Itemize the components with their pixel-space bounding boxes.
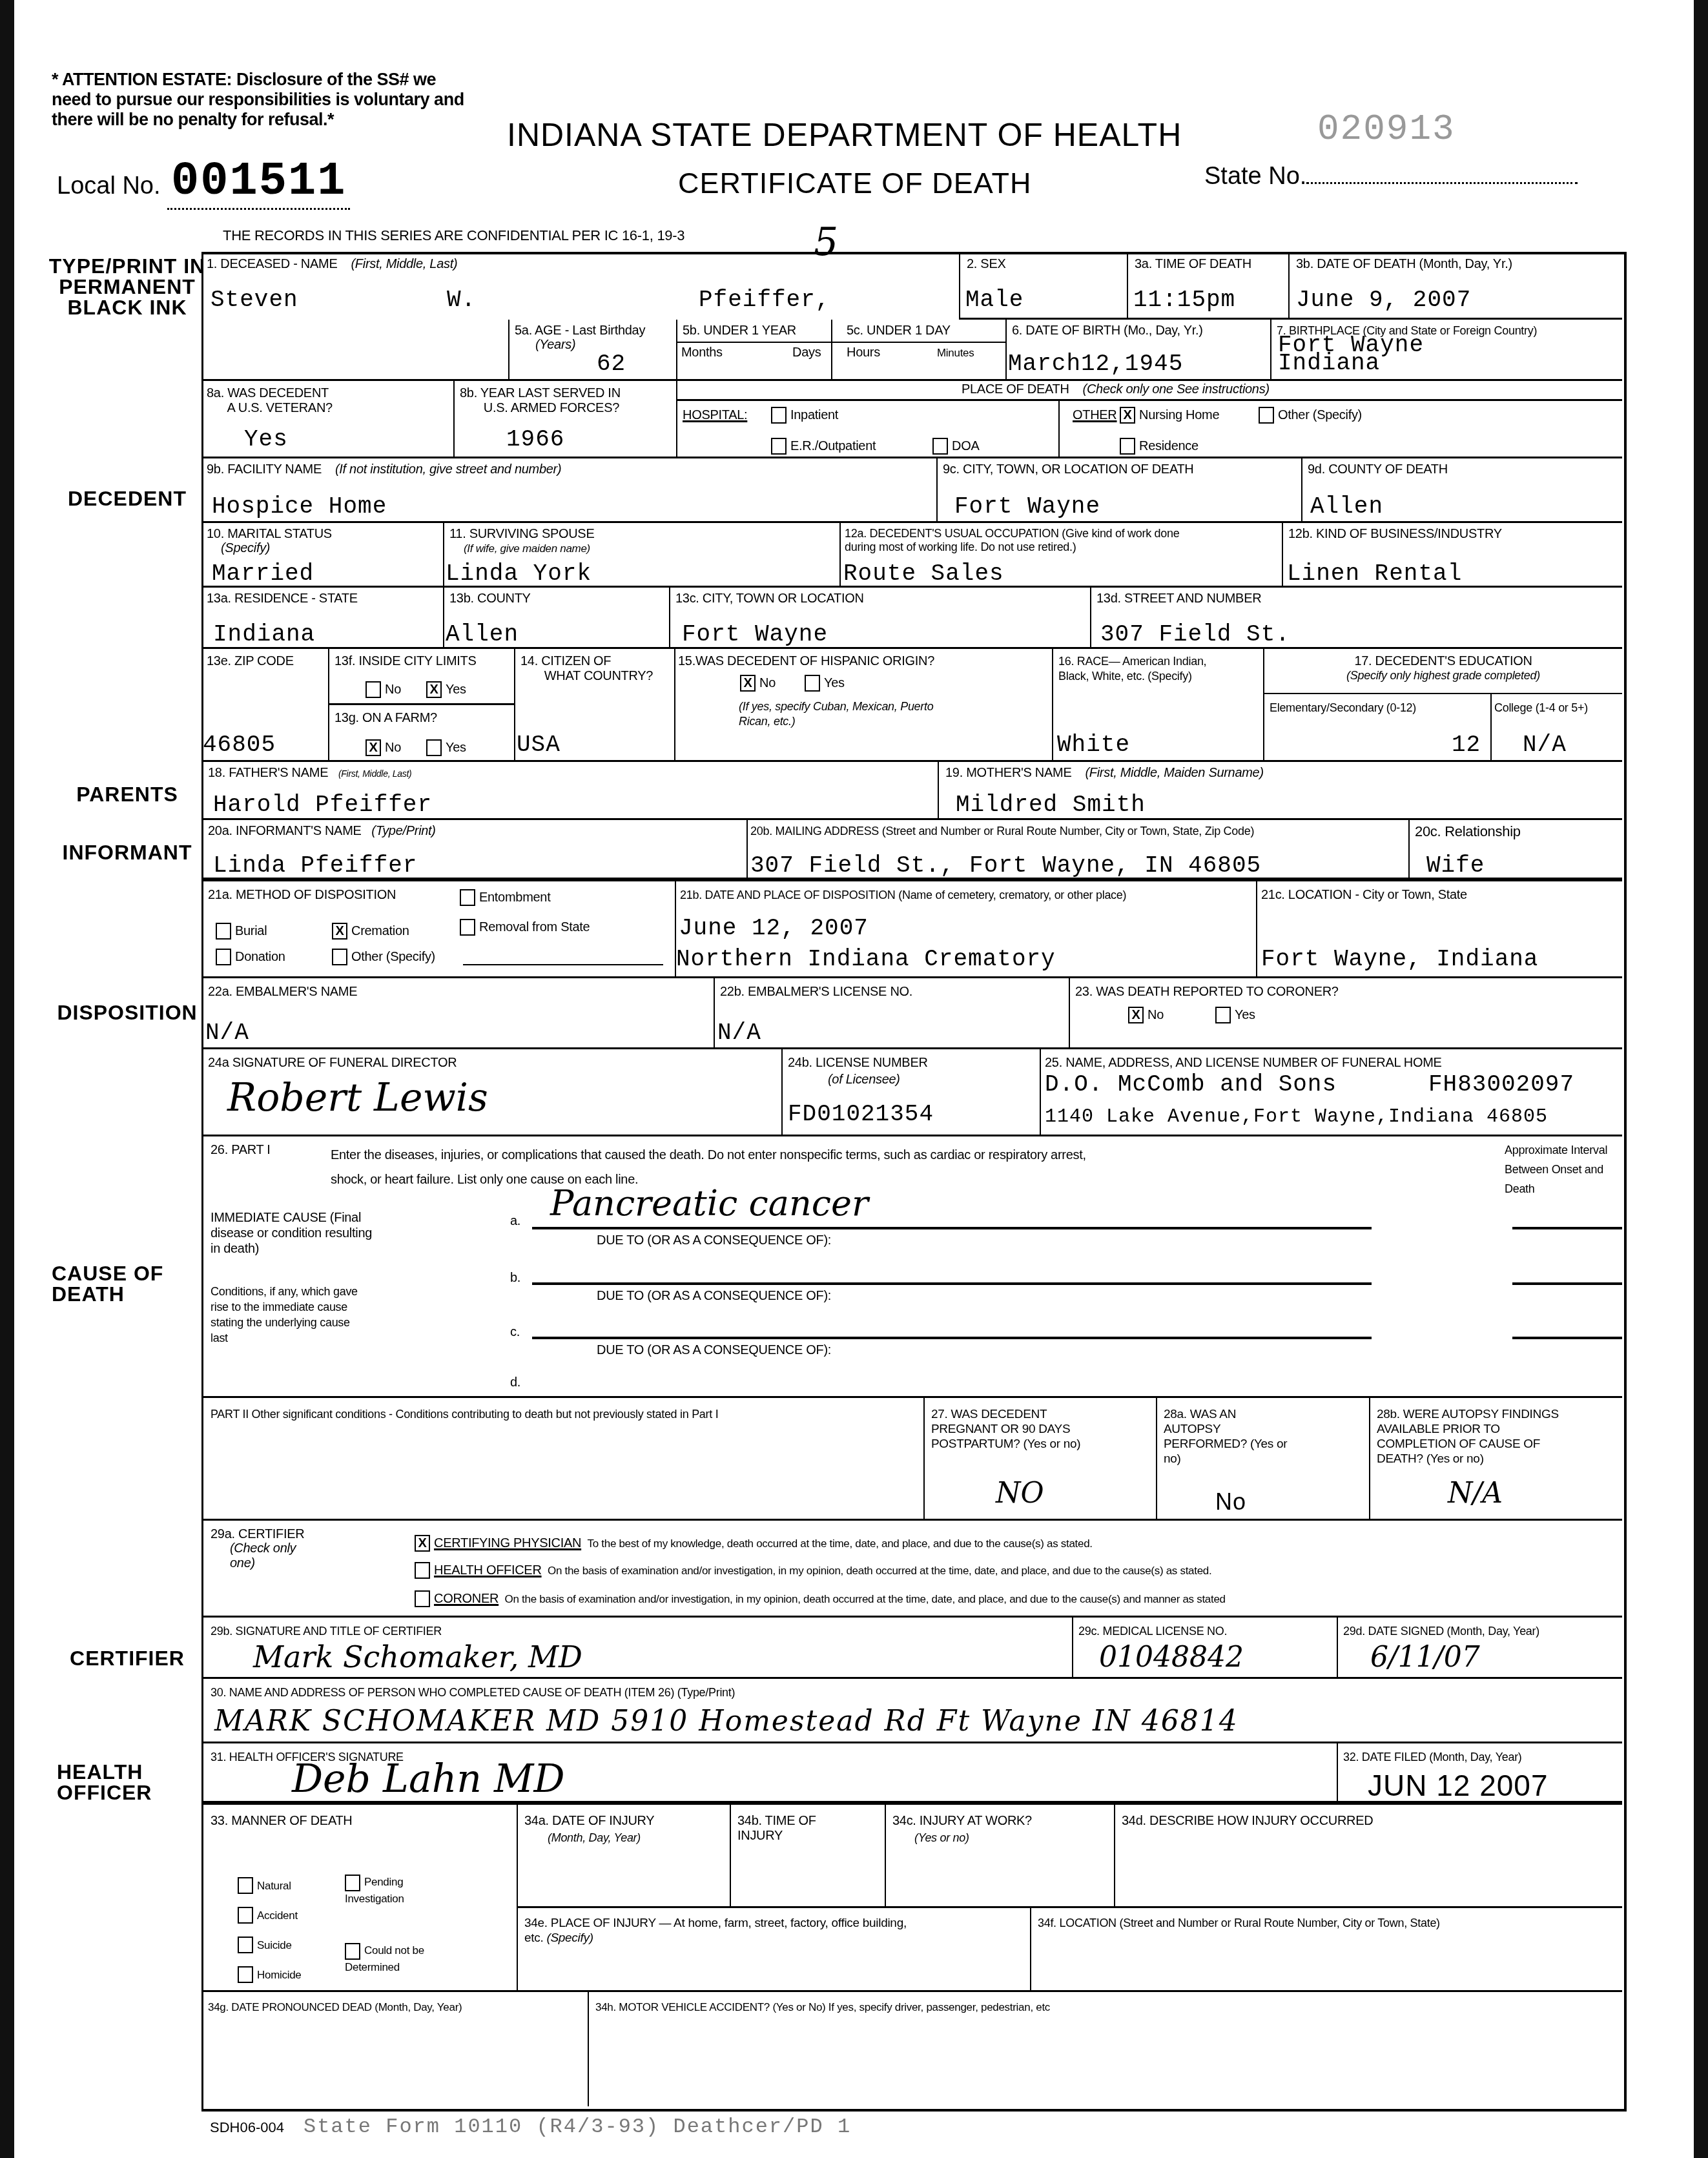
funeral-home-value[interactable]: D.O. McComb and Sons bbox=[1045, 1071, 1337, 1098]
field-disposition-location: 21c. LOCATION - City or Town, State Fort… bbox=[1257, 881, 1622, 978]
homicide-label: Homicide bbox=[257, 1969, 301, 1981]
farm-yes-checkbox[interactable] bbox=[426, 739, 442, 756]
informant-value[interactable]: Linda Pfeiffer bbox=[213, 852, 417, 879]
days-label: Days bbox=[792, 345, 821, 360]
line-b-label: b. bbox=[510, 1271, 520, 1286]
coroner-type-label: CORONER bbox=[434, 1592, 499, 1606]
pending-checkbox[interactable] bbox=[345, 1875, 360, 1891]
field-embalmer-license: 22b. EMBALMER'S LICENSE NO. N/A bbox=[715, 978, 1070, 1049]
option-other[interactable]: Other (Specify) bbox=[1259, 407, 1362, 424]
street-value[interactable]: 307 Field St. bbox=[1100, 621, 1290, 648]
license-hint: (of Licensee) bbox=[828, 1073, 900, 1087]
completer-label: 30. NAME AND ADDRESS OF PERSON WHO COMPL… bbox=[211, 1685, 735, 1700]
label: 1. DECEASED - NAME (First, Middle, Last) bbox=[207, 257, 457, 272]
interval-line-a[interactable] bbox=[1512, 1227, 1622, 1229]
cause-line-a[interactable] bbox=[532, 1227, 1372, 1229]
hispanic-no-checkbox[interactable]: X bbox=[740, 675, 756, 692]
form-code: SDH06-004 bbox=[210, 2119, 284, 2135]
spouse-hint: (If wife, give maiden name) bbox=[464, 541, 590, 556]
field-funeral-home: 25. NAME, ADDRESS, AND LICENSE NUMBER OF… bbox=[1041, 1049, 1622, 1136]
divider bbox=[1264, 693, 1622, 694]
field-date-signed: 29d. DATE SIGNED (Month, Day, Year) 6/11… bbox=[1338, 1618, 1622, 1679]
er-outpatient-label: E.R./Outpatient bbox=[790, 439, 876, 453]
veteran-label: 8a. WAS DECEDENT A U.S. VETERAN? bbox=[207, 386, 333, 416]
option-pending[interactable]: Pending Investigation bbox=[345, 1875, 455, 1906]
pregnant-value[interactable]: NO bbox=[996, 1477, 1044, 1510]
address-value[interactable]: 307 Field St., Fort Wayne, IN 46805 bbox=[750, 852, 1261, 879]
field-street: 13d. STREET AND NUMBER 307 Field St. bbox=[1091, 588, 1622, 649]
suicide-checkbox[interactable] bbox=[238, 1937, 253, 1953]
name-hint: (First, Middle, Last) bbox=[351, 257, 457, 271]
months-label: Months bbox=[681, 345, 723, 360]
race-label: 16. RACE— American Indian, Black, White,… bbox=[1058, 654, 1239, 684]
health-officer-checkbox[interactable] bbox=[415, 1562, 430, 1579]
option-burial[interactable]: Burial bbox=[216, 923, 267, 940]
certificate-title: CERTIFICATE OF DEATH bbox=[678, 167, 1032, 200]
entombment-checkbox[interactable] bbox=[460, 889, 475, 906]
divider bbox=[677, 399, 1622, 401]
date-signed-label: 29d. DATE SIGNED (Month, Day, Year) bbox=[1343, 1624, 1539, 1639]
embalmer-value[interactable]: N/A bbox=[205, 1020, 249, 1046]
confidential-notice: THE RECORDS IN THIS SERIES ARE CONFIDENT… bbox=[223, 227, 684, 244]
option-residence[interactable]: Residence bbox=[1120, 438, 1199, 455]
dob-label: 6. DATE OF BIRTH (Mo., Day, Yr.) bbox=[1012, 324, 1203, 338]
coroner-yes-checkbox[interactable] bbox=[1215, 1007, 1231, 1023]
field-date-of-death: 3b. DATE OF DEATH (Month, Day, Yr.) June… bbox=[1290, 252, 1622, 320]
natural-label: Natural bbox=[257, 1880, 291, 1892]
injury-work-label: 34c. INJURY AT WORK? bbox=[892, 1814, 1032, 1829]
side-label-type-print: TYPE/PRINT IN PERMANENT BLACK INK bbox=[40, 256, 214, 318]
other-label: OTHER bbox=[1073, 408, 1117, 423]
res-state-label: 13a. RESIDENCE - STATE bbox=[207, 591, 358, 606]
motor-label: 34h. MOTOR VEHICLE ACCIDENT? (Yes or No)… bbox=[595, 2000, 1050, 2015]
spouse-value[interactable]: Linda York bbox=[446, 560, 592, 587]
residence-checkbox[interactable] bbox=[1120, 438, 1135, 455]
under1y-label: 5b. UNDER 1 YEAR bbox=[683, 324, 796, 338]
date-value[interactable]: June 9, 2007 bbox=[1296, 287, 1471, 313]
field-time-of-death: 3a. TIME OF DEATH 11:15pm bbox=[1128, 252, 1290, 320]
natural-checkbox[interactable] bbox=[238, 1877, 253, 1894]
facility-header: 9b. FACILITY NAME (If not institution, g… bbox=[207, 462, 561, 477]
date-filed-value[interactable]: JUN 12 2007 bbox=[1368, 1768, 1549, 1803]
med-license-value[interactable]: 01048842 bbox=[1099, 1641, 1244, 1674]
inpatient-checkbox[interactable] bbox=[771, 407, 787, 424]
option-er-outpatient[interactable]: E.R./Outpatient bbox=[771, 438, 876, 455]
certifier-signature[interactable]: Mark Schomaker, MD bbox=[253, 1639, 582, 1674]
field-certifier-type: 29a. CERTIFIER (Check only one) XCERTIFY… bbox=[201, 1521, 1622, 1618]
minutes-label: Minutes bbox=[937, 345, 974, 360]
funeral-home-license-value[interactable]: FH83002097 bbox=[1428, 1071, 1574, 1098]
field-sex: 2. SEX Male bbox=[960, 252, 1128, 320]
field-method-of-disposition: 21a. METHOD OF DISPOSITION Entombment Bu… bbox=[201, 881, 676, 978]
location-value[interactable]: Fort Wayne, Indiana bbox=[1261, 946, 1538, 972]
field-place-of-injury: 34e. PLACE OF INJURY — At home, farm, st… bbox=[518, 1908, 1031, 1992]
field-place-of-death: PLACE OF DEATH (Check only one See instr… bbox=[677, 381, 1622, 458]
date-filed-label: 32. DATE FILED (Month, Day, Year) bbox=[1343, 1750, 1522, 1765]
spouse-label: 11. SURVIVING SPOUSE bbox=[449, 527, 594, 542]
city-limits-yes-checkbox[interactable]: X bbox=[426, 681, 442, 698]
interval-line-c[interactable] bbox=[1512, 1337, 1622, 1339]
option-cremation[interactable]: XCremation bbox=[332, 923, 409, 940]
county-death-value[interactable]: Allen bbox=[1310, 493, 1383, 520]
facility-value[interactable]: Hospice Home bbox=[212, 493, 387, 520]
city-death-value[interactable]: Fort Wayne bbox=[954, 493, 1100, 520]
date-place-label: 21b. DATE AND PLACE OF DISPOSITION (Name… bbox=[680, 888, 1209, 903]
option-coroner[interactable]: CORONER On the basis of examination and/… bbox=[415, 1590, 1226, 1607]
funeral-home-label: 25. NAME, ADDRESS, AND LICENSE NUMBER OF… bbox=[1045, 1056, 1442, 1071]
date-signed-value[interactable]: 6/11/07 bbox=[1370, 1641, 1480, 1674]
hispanic-yes[interactable]: Yes bbox=[805, 675, 845, 692]
doa-checkbox[interactable] bbox=[932, 438, 948, 455]
other-checkbox[interactable] bbox=[1259, 407, 1274, 424]
business-value[interactable]: Linen Rental bbox=[1287, 560, 1462, 587]
city-limits-yes[interactable]: XYes bbox=[426, 681, 466, 698]
place-hint: (Check only one See instructions) bbox=[1083, 382, 1270, 396]
field-manner-of-death: 33. MANNER OF DEATH Natural Accident Sui… bbox=[201, 1805, 518, 1992]
line-d-label: d. bbox=[510, 1375, 520, 1390]
business-label: 12b. KIND OF BUSINESS/INDUSTRY bbox=[1288, 527, 1502, 542]
divider bbox=[1058, 400, 1060, 458]
res-county-label: 13b. COUNTY bbox=[449, 591, 531, 606]
due-to-a: DUE TO (OR AS A CONSEQUENCE OF): bbox=[597, 1233, 831, 1248]
other-specify-label: Other (Specify) bbox=[1278, 408, 1362, 422]
city-limits-label: 13f. INSIDE CITY LIMITS bbox=[334, 654, 476, 669]
last-name-value[interactable]: Pfeiffer, bbox=[699, 287, 830, 313]
father-value[interactable]: Harold Pfeiffer bbox=[213, 792, 432, 818]
scan-edge-left bbox=[0, 0, 14, 2158]
embalmer-license-label: 22b. EMBALMER'S LICENSE NO. bbox=[720, 985, 912, 1000]
option-donation[interactable]: Donation bbox=[216, 949, 285, 965]
father-label: 18. FATHER'S NAME bbox=[208, 766, 328, 780]
cremation-label: Cremation bbox=[351, 924, 409, 938]
donation-checkbox[interactable] bbox=[216, 949, 231, 965]
nursing-home-label: Nursing Home bbox=[1139, 408, 1219, 422]
method-label: 21a. METHOD OF DISPOSITION bbox=[208, 888, 396, 903]
first-name-value[interactable]: Steven bbox=[211, 287, 298, 313]
mother-hint: (First, Middle, Maiden Surname) bbox=[1085, 766, 1263, 780]
side-label-informant: INFORMANT bbox=[40, 842, 214, 863]
farm-no[interactable]: XNo bbox=[365, 739, 401, 756]
side-label-disposition: DISPOSITION bbox=[40, 1002, 214, 1023]
burial-checkbox[interactable] bbox=[216, 923, 231, 940]
field-funeral-director-signature: 24a SIGNATURE OF FUNERAL DIRECTOR Robert… bbox=[201, 1049, 783, 1136]
part2-label: PART II Other significant conditions - C… bbox=[211, 1407, 718, 1422]
undetermined-checkbox[interactable] bbox=[345, 1943, 360, 1960]
informant-hint: (Type/Print) bbox=[371, 824, 435, 838]
year-served-label: 8b. YEAR LAST SERVED IN U.S. ARMED FORCE… bbox=[460, 386, 621, 416]
findings-value[interactable]: N/A bbox=[1448, 1477, 1503, 1510]
no-label: No bbox=[385, 741, 401, 755]
embalmer-label: 22a. EMBALMER'S NAME bbox=[208, 985, 357, 1000]
injury-work-hint: (Yes or no) bbox=[914, 1831, 969, 1845]
completer-value[interactable]: MARK SCHOMAKER MD 5910 Homestead Rd Ft W… bbox=[214, 1705, 1239, 1738]
field-date-filed: 32. DATE FILED (Month, Day, Year) JUN 12… bbox=[1338, 1743, 1622, 1805]
county-death-label: 9d. COUNTY OF DEATH bbox=[1308, 462, 1448, 477]
option-certifying-physician[interactable]: XCERTIFYING PHYSICIAN To the best of my … bbox=[415, 1535, 1093, 1552]
donation-label: Donation bbox=[235, 950, 285, 964]
accident-label: Accident bbox=[257, 1909, 298, 1922]
option-other-disposition[interactable]: Other (Specify) bbox=[332, 949, 435, 965]
director-sig-label: 24a SIGNATURE OF FUNERAL DIRECTOR bbox=[208, 1056, 457, 1071]
side-label-cause-of-death: CAUSE OF DEATH bbox=[52, 1263, 181, 1304]
department-title: INDIANA STATE DEPARTMENT OF HEALTH bbox=[507, 116, 1182, 154]
option-nursing-home[interactable]: XNursing Home bbox=[1120, 407, 1219, 424]
state-number-blank bbox=[1306, 165, 1578, 184]
field-time-of-injury: 34b. TIME OF INJURY bbox=[731, 1805, 886, 1908]
cause-line-c[interactable] bbox=[532, 1337, 1372, 1339]
option-suicide[interactable]: Suicide bbox=[238, 1937, 292, 1953]
coroner-text: On the basis of examination and/or inves… bbox=[505, 1593, 1226, 1605]
suicide-label: Suicide bbox=[257, 1939, 292, 1951]
street-label: 13d. STREET AND NUMBER bbox=[1096, 591, 1261, 606]
accident-checkbox[interactable] bbox=[238, 1907, 253, 1924]
field-part2: PART II Other significant conditions - C… bbox=[201, 1398, 925, 1521]
field-zip: 13e. ZIP CODE 46805 bbox=[201, 649, 329, 762]
interval-label: Approximate Interval Between Onset and D… bbox=[1505, 1140, 1608, 1198]
sex-label: 2. SEX bbox=[967, 257, 1005, 272]
cause-a-value[interactable]: Pancreatic cancer bbox=[550, 1183, 869, 1224]
burial-label: Burial bbox=[235, 924, 267, 938]
year-served-value[interactable]: 1966 bbox=[506, 426, 564, 453]
field-medical-license: 29c. MEDICAL LICENSE NO. 01048842 bbox=[1073, 1618, 1338, 1679]
res-city-label: 13c. CITY, TOWN OR LOCATION bbox=[675, 591, 864, 606]
option-entombment[interactable]: Entombment bbox=[460, 889, 550, 906]
autopsy-value[interactable]: No bbox=[1215, 1488, 1246, 1516]
injury-location-label: 34f. LOCATION (Street and Number or Rura… bbox=[1038, 1916, 1440, 1931]
elementary-label: Elementary/Secondary (0-12) bbox=[1270, 701, 1416, 715]
field-embalmer-name: 22a. EMBALMER'S NAME N/A bbox=[201, 978, 715, 1049]
er-outpatient-checkbox[interactable] bbox=[771, 438, 787, 455]
field-veteran: 8a. WAS DECEDENT A U.S. VETERAN? Yes bbox=[201, 381, 455, 458]
facility-hint: (If not institution, give street and num… bbox=[335, 462, 561, 477]
certifier-hint: (Check only one) bbox=[230, 1541, 301, 1571]
age-value[interactable]: 62 bbox=[597, 351, 626, 377]
line-c-label: c. bbox=[510, 1325, 520, 1340]
sex-value[interactable]: Male bbox=[965, 287, 1024, 313]
field-city-limits-farm: 13f. INSIDE CITY LIMITS No XYes 13g. ON … bbox=[329, 649, 515, 762]
name-label: 1. DECEASED - NAME bbox=[207, 257, 337, 271]
section-cause-part1: 26. PART I Enter the diseases, injuries,… bbox=[201, 1136, 1622, 1398]
funeral-home-address-value[interactable]: 1140 Lake Avenue,Fort Wayne,Indiana 4680… bbox=[1045, 1106, 1548, 1128]
relationship-label: 20c. Relationship bbox=[1415, 824, 1521, 839]
other-disposition-checkbox[interactable] bbox=[332, 949, 347, 965]
time-value[interactable]: 11:15pm bbox=[1133, 287, 1235, 313]
disposition-date-value[interactable]: June 12, 2007 bbox=[679, 915, 869, 941]
part1-label: 26. PART I bbox=[211, 1143, 271, 1158]
director-signature[interactable]: Robert Lewis bbox=[227, 1075, 488, 1120]
city-limits-no[interactable]: No bbox=[365, 681, 401, 698]
veteran-value[interactable]: Yes bbox=[244, 426, 288, 453]
field-birthplace: 7. BIRTHPLACE (City and State or Foreign… bbox=[1271, 320, 1622, 381]
father-header: 18. FATHER'S NAME (First, Middle, Last) bbox=[208, 766, 411, 781]
college-value[interactable]: N/A bbox=[1523, 732, 1567, 758]
option-natural[interactable]: Natural bbox=[238, 1877, 291, 1894]
pregnant-label: 27. WAS DECEDENT PREGNANT OR 90 DAYS POS… bbox=[931, 1407, 1099, 1452]
coroner-no-checkbox[interactable]: X bbox=[1128, 1007, 1144, 1023]
homicide-checkbox[interactable] bbox=[238, 1966, 253, 1983]
hispanic-hint: (If yes, specify Cuban, Mexican, Puerto … bbox=[739, 699, 945, 729]
health-officer-signature[interactable]: Deb Lahn MD bbox=[292, 1756, 565, 1802]
form-identifier: State Form 10110 (R4/3-93) Deathcer/PD 1 bbox=[304, 2115, 851, 2139]
field-health-officer-signature: 31. HEALTH OFFICER'S SIGNATURE Deb Lahn … bbox=[201, 1743, 1338, 1805]
option-accident[interactable]: Accident bbox=[238, 1907, 298, 1924]
field-motor-vehicle-accident: 34h. MOTOR VEHICLE ACCIDENT? (Yes or No)… bbox=[589, 1992, 1622, 2106]
farm-no-checkbox[interactable]: X bbox=[365, 739, 381, 756]
health-officer-text: On the basis of examination and/or inves… bbox=[548, 1565, 1211, 1577]
divider bbox=[1490, 693, 1492, 762]
cremation-checkbox[interactable]: X bbox=[332, 923, 347, 940]
citizen-value[interactable]: USA bbox=[517, 732, 561, 758]
mother-value[interactable]: Mildred Smith bbox=[956, 792, 1146, 818]
field-father-name: 18. FATHER'S NAME (First, Middle, Last) … bbox=[201, 762, 939, 820]
yes-label: Yes bbox=[446, 683, 466, 697]
facility-label: 9b. FACILITY NAME bbox=[207, 462, 322, 477]
field-occupation: 12a. DECEDENT'S USUAL OCCUPATION (Give k… bbox=[841, 523, 1283, 588]
manner-label: 33. MANNER OF DEATH bbox=[211, 1814, 353, 1829]
local-number-label: Local No. bbox=[57, 172, 161, 200]
entombment-label: Entombment bbox=[479, 890, 550, 905]
coroner-yes[interactable]: Yes bbox=[1215, 1007, 1255, 1023]
med-license-label: 29c. MEDICAL LICENSE NO. bbox=[1078, 1624, 1227, 1639]
field-residence-county: 13b. COUNTY Allen bbox=[444, 588, 670, 649]
field-mother-name: 19. MOTHER'S NAME (First, Middle, Maiden… bbox=[939, 762, 1622, 820]
res-county-value[interactable]: Allen bbox=[446, 621, 519, 648]
removal-checkbox[interactable] bbox=[460, 919, 475, 936]
field-surviving-spouse: 11. SURVIVING SPOUSE (If wife, give maid… bbox=[444, 523, 841, 588]
physician-text: To the best of my knowledge, death occur… bbox=[588, 1537, 1093, 1550]
health-officer-label: HEALTH OFFICER bbox=[434, 1563, 542, 1577]
option-inpatient[interactable]: Inpatient bbox=[771, 407, 838, 424]
field-informant-name: 20a. INFORMANT'S NAME (Type/Print) Linda… bbox=[201, 820, 748, 881]
farm-yes[interactable]: Yes bbox=[426, 739, 466, 756]
place-of-injury-label-wrap: 34e. PLACE OF INJURY — At home, farm, st… bbox=[524, 1916, 925, 1946]
city-limits-no-checkbox[interactable] bbox=[365, 681, 381, 698]
yes-label: Yes bbox=[824, 676, 845, 690]
field-hispanic: 15.WAS DECEDENT OF HISPANIC ORIGIN? XNo … bbox=[675, 649, 1053, 762]
field-injury-location: 34f. LOCATION (Street and Number or Rura… bbox=[1031, 1908, 1622, 1992]
city-death-label: 9c. CITY, TOWN, OR LOCATION OF DEATH bbox=[943, 462, 1194, 477]
field-county-of-death: 9d. COUNTY OF DEATH Allen bbox=[1302, 458, 1622, 523]
field-license-number: 24b. LICENSE NUMBER (of Licensee) FD0102… bbox=[783, 1049, 1041, 1136]
elementary-value[interactable]: 12 bbox=[1452, 732, 1481, 758]
injury-date-hint: (Month, Day, Year) bbox=[548, 1831, 641, 1845]
local-number-value: 001511 bbox=[167, 155, 350, 210]
zip-value[interactable]: 46805 bbox=[203, 732, 276, 758]
state-number: State No. bbox=[1204, 163, 1578, 190]
nursing-home-checkbox[interactable]: X bbox=[1120, 407, 1135, 424]
yes-label: Yes bbox=[446, 741, 466, 755]
relationship-value[interactable]: Wife bbox=[1426, 852, 1485, 879]
field-coroner: 23. WAS DEATH REPORTED TO CORONER? XNo Y… bbox=[1070, 978, 1622, 1049]
marital-hint: (Specify) bbox=[221, 541, 270, 556]
license-value[interactable]: FD01021354 bbox=[788, 1101, 934, 1127]
address-label: 20b. MAILING ADDRESS (Street and Number … bbox=[750, 824, 1254, 839]
informant-label: 20a. INFORMANT'S NAME bbox=[208, 824, 362, 838]
state-number-stamp: 020913 bbox=[1317, 108, 1456, 150]
certifier-sig-label: 29b. SIGNATURE AND TITLE OF CERTIFIER bbox=[211, 1624, 442, 1639]
other-disposition-label: Other (Specify) bbox=[351, 950, 435, 964]
coroner-type-checkbox[interactable] bbox=[415, 1590, 430, 1607]
disposition-place-value[interactable]: Northern Indiana Crematory bbox=[676, 946, 1056, 972]
field-deceased-name: 1. DECEASED - NAME (First, Middle, Last)… bbox=[201, 252, 960, 320]
dob-value[interactable]: March12,1945 bbox=[1008, 351, 1183, 377]
coroner-no[interactable]: XNo bbox=[1128, 1007, 1164, 1023]
local-number: Local No. 001511 bbox=[57, 155, 350, 208]
cause-line-b[interactable] bbox=[532, 1282, 1372, 1285]
conditions-label: Conditions, if any, which gave rise to t… bbox=[211, 1284, 365, 1346]
race-value[interactable]: White bbox=[1057, 732, 1130, 758]
interval-line-b[interactable] bbox=[1512, 1282, 1622, 1285]
hospital-label: HOSPITAL: bbox=[683, 408, 747, 423]
divider bbox=[329, 703, 515, 705]
middle-name-value[interactable]: W. bbox=[447, 287, 476, 313]
field-education: 17. DECEDENT'S EDUCATION (Specify only h… bbox=[1264, 649, 1622, 762]
pronounced-label: 34g. DATE PRONOUNCED DEAD (Month, Day, Y… bbox=[208, 2000, 462, 2015]
field-marital-status: 10. MARITAL STATUS (Specify) Married bbox=[201, 523, 444, 588]
occupation-value[interactable]: Route Sales bbox=[843, 560, 1004, 587]
field-under-1-day: 5c. UNDER 1 DAY Hours Minutes bbox=[832, 320, 1007, 381]
side-label-decedent: DECEDENT bbox=[40, 488, 214, 509]
divider bbox=[832, 342, 1007, 343]
marital-value[interactable]: Married bbox=[212, 560, 314, 587]
side-label-certifier: CERTIFIER bbox=[40, 1648, 214, 1669]
hispanic-yes-checkbox[interactable] bbox=[805, 675, 820, 692]
no-label: No bbox=[385, 683, 401, 697]
license-label: 24b. LICENSE NUMBER bbox=[788, 1056, 928, 1071]
res-city-value[interactable]: Fort Wayne bbox=[682, 621, 828, 648]
education-hint: (Specify only highest grade completed) bbox=[1264, 668, 1622, 683]
autopsy-label: 28a. WAS AN AUTOPSY PERFORMED? (Yes or n… bbox=[1164, 1407, 1293, 1466]
education-label: 17. DECEDENT'S EDUCATION bbox=[1264, 654, 1622, 669]
mother-header: 19. MOTHER'S NAME (First, Middle, Maiden… bbox=[945, 766, 1264, 781]
option-homicide[interactable]: Homicide bbox=[238, 1966, 301, 1983]
line-a-label: a. bbox=[510, 1214, 520, 1229]
zip-label: 13e. ZIP CODE bbox=[207, 654, 294, 669]
option-undetermined[interactable]: Could not be Determined bbox=[345, 1943, 455, 1975]
location-label: 21c. LOCATION - City or Town, State bbox=[1261, 888, 1467, 903]
birthplace-state-value[interactable]: Indiana bbox=[1278, 353, 1380, 374]
state-number-label: State No. bbox=[1204, 163, 1306, 190]
option-doa[interactable]: DOA bbox=[932, 438, 979, 455]
certifier-label: 29a. CERTIFIER bbox=[211, 1527, 304, 1542]
field-race: 16. RACE— American Indian, Black, White,… bbox=[1053, 649, 1264, 762]
field-citizen: 14. CITIZEN OF WHAT COUNTRY? USA bbox=[515, 649, 675, 762]
res-state-value[interactable]: Indiana bbox=[213, 621, 315, 648]
residence-label: Residence bbox=[1139, 439, 1199, 453]
age-label: 5a. AGE - Last Birthday bbox=[515, 324, 645, 338]
hispanic-label: 15.WAS DECEDENT OF HISPANIC ORIGIN? bbox=[678, 654, 934, 669]
due-to-c: DUE TO (OR AS A CONSEQUENCE OF): bbox=[597, 1343, 831, 1358]
no-label: No bbox=[759, 676, 776, 690]
field-relationship: 20c. Relationship Wife bbox=[1410, 820, 1622, 881]
field-date-of-injury: 34a. DATE OF INJURY (Month, Day, Year) bbox=[518, 1805, 731, 1908]
physician-checkbox[interactable]: X bbox=[415, 1535, 430, 1552]
option-health-officer[interactable]: HEALTH OFFICER On the basis of examinati… bbox=[415, 1562, 1211, 1579]
field-facility-name: 9b. FACILITY NAME (If not institution, g… bbox=[201, 458, 938, 523]
under1d-label: 5c. UNDER 1 DAY bbox=[847, 324, 951, 338]
embalmer-license-value[interactable]: N/A bbox=[717, 1020, 761, 1046]
option-removal[interactable]: Removal from State bbox=[460, 919, 590, 936]
farm-label: 13g. ON A FARM? bbox=[334, 711, 437, 726]
hours-label: Hours bbox=[847, 345, 880, 360]
field-autopsy: 28a. WAS AN AUTOPSY PERFORMED? (Yes or n… bbox=[1157, 1398, 1370, 1521]
doa-label: DOA bbox=[952, 439, 979, 453]
no-label: No bbox=[1147, 1008, 1164, 1022]
side-label-parents: PARENTS bbox=[40, 784, 214, 805]
injury-time-label: 34b. TIME OF INJURY bbox=[737, 1814, 821, 1844]
date-label: 3b. DATE OF DEATH (Month, Day, Yr.) bbox=[1296, 257, 1512, 272]
hispanic-no[interactable]: XNo bbox=[740, 675, 776, 692]
